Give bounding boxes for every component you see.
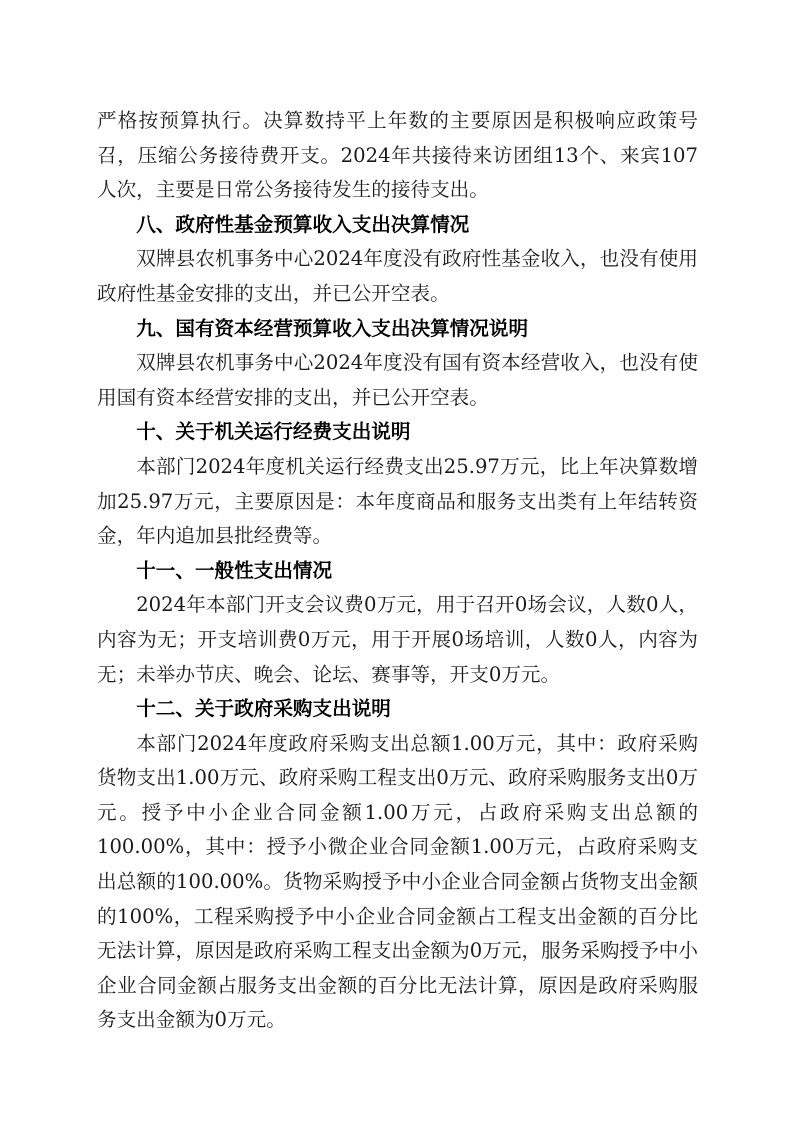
heading-operating-expenses: 十、关于机关运行经费支出说明 <box>97 415 698 450</box>
paragraph-general-expenses: 2024年本部门开支会议费0万元，用于召开0场会议，人数0人，内容为无；开支培训… <box>97 588 698 692</box>
paragraph-government-fund-budget: 双牌县农机事务中心2024年度没有政府性基金收入，也没有使用政府性基金安排的支出… <box>97 242 698 311</box>
heading-government-procurement: 十二、关于政府采购支出说明 <box>97 692 698 727</box>
heading-general-expenses: 十一、一般性支出情况 <box>97 554 698 589</box>
paragraph-reception-expenses: 严格按预算执行。决算数持平上年数的主要原因是积极响应政策号召，压缩公务接待费开支… <box>97 104 698 208</box>
document-page: 严格按预算执行。决算数持平上年数的主要原因是积极响应政策号召，压缩公务接待费开支… <box>97 104 698 1038</box>
paragraph-state-capital-budget: 双牌县农机事务中心2024年度没有国有资本经营收入，也没有使用国有资本经营安排的… <box>97 346 698 415</box>
heading-government-fund-budget: 八、政府性基金预算收入支出决算情况 <box>97 208 698 243</box>
heading-state-capital-budget: 九、国有资本经营预算收入支出决算情况说明 <box>97 312 698 347</box>
paragraph-government-procurement: 本部门2024年度政府采购支出总额1.00万元，其中：政府采购货物支出1.00万… <box>97 727 698 1038</box>
paragraph-operating-expenses: 本部门2024年度机关运行经费支出25.97万元，比上年决算数增加25.97万元… <box>97 450 698 554</box>
